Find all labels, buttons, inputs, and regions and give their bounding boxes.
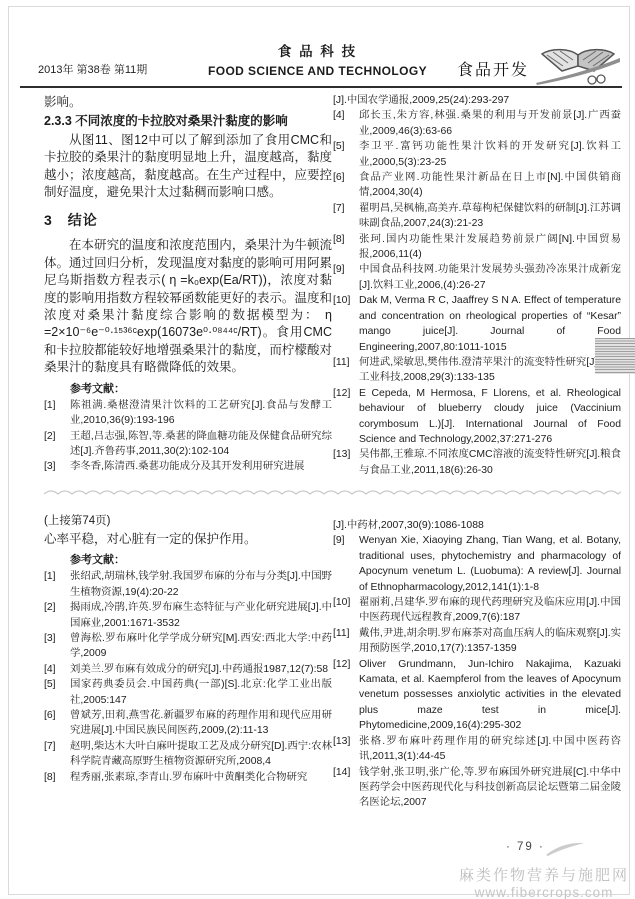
continued-from-note: (上接第74页)	[44, 512, 332, 528]
bottom-article-right-column: [J].中药材,2007,30(9):1086-1088 [9] Wenyan …	[333, 518, 621, 811]
reference-text: 刘美兰.罗布麻有效成分的研究[J].中药通报1987,12(7):58	[70, 662, 332, 677]
reference-number: [2]	[44, 429, 70, 460]
reference-number: [14]	[333, 765, 359, 811]
reference-text: 赵明,柴达木大叶白麻叶提取工艺及成分研究[D].西宁:农林科学院青藏高原野生植物…	[70, 739, 332, 770]
reference-text: 国家药典委员会.中国药典(一部)[S].北京:化学工业出版社,2005:147	[70, 677, 332, 708]
reference-number: [7]	[44, 739, 70, 770]
reference-number: [4]	[333, 108, 359, 139]
reference-text: 张绍武,胡瑞林,钱学射.我国罗布麻的分布与分类[J].中国野生植物资源,19(4…	[70, 569, 332, 600]
reference-list: [1] 陈祖满.桑椹澄清果汁饮料的工艺研究[J].食品与发酵工业,2010,36…	[44, 398, 332, 475]
reference-text: Dak M, Verma R C, Jaaffrey S N A. Effect…	[359, 293, 621, 355]
reference-number: [3]	[44, 459, 70, 474]
reference-item: [13] 张格.罗布麻叶药理作用的研究综述[J].中国中医药咨讯,2011,3(…	[333, 734, 621, 765]
reference-item: [4] 邱长玉,朱方容,林强.桑果的利用与开发前景[J].广西蚕业,2009,4…	[333, 108, 621, 139]
reference-number: [4]	[44, 662, 70, 677]
carryover-text: [J].中国农学通报,2009,25(24):293-297	[333, 93, 621, 108]
carryover-text: 影响。	[44, 94, 332, 111]
reference-item: [5] 国家药典委员会.中国药典(一部)[S].北京:化学工业出版社,2005:…	[44, 677, 332, 708]
reference-number: [8]	[44, 770, 70, 785]
reference-item: [14] 钱学射,张卫明,张广伦,等.罗布麻国外研究进展[C].中华中医药学会中…	[333, 765, 621, 811]
reference-item: [9] Wenyan Xie, Xiaoying Zhang, Tian Wan…	[333, 533, 621, 595]
reference-item: [6] 曾斌芳,田莉,燕雪花.新疆罗布麻的药理作用和现代应用研究进展[J].中国…	[44, 708, 332, 739]
reference-text: 张珂.国内功能性果汁发展趋势前景广阔[N].中国贸易报,2006,11(4)	[359, 232, 621, 263]
header-rule	[20, 86, 622, 88]
reference-number: [2]	[44, 600, 70, 631]
subsection-heading: 2.3.3 不同浓度的卡拉胶对桑果汁黏度的影响	[44, 113, 332, 130]
conclusion-heading: 3 结论	[44, 210, 332, 230]
reference-item: [8] 程秀丽,张素琼,李青山.罗布麻叶中黄酮类化合物研究	[44, 770, 332, 785]
reference-item: [13] 吴伟都,王雅琼.不同浓度CMC溶液的流变特性研究[J].粮食与食品工业…	[333, 447, 621, 478]
reference-text: 食品产业网.功能性果汁新品在日上市[N].中国供销商情,2004,30(4)	[359, 170, 621, 201]
reference-text: 张格.罗布麻叶药理作用的研究综述[J].中国中医药咨讯,2011,3(1):44…	[359, 734, 621, 765]
reference-text: 陈祖满.桑椹澄清果汁饮料的工艺研究[J].食品与发酵工业,2010,36(9):…	[70, 398, 332, 429]
reference-text: 曾斌芳,田莉,燕雪花.新疆罗布麻的药理作用和现代应用研究进展[J].中国民族民间…	[70, 708, 332, 739]
references-heading: 参考文献：	[70, 380, 332, 396]
lead-text: 心率平稳，对心脏有一定的保护作用。	[44, 531, 332, 548]
reference-number: [8]	[333, 232, 359, 263]
carryover-text: [J].中药材,2007,30(9):1086-1088	[333, 518, 621, 533]
reference-number: [6]	[44, 708, 70, 739]
reference-text: Wenyan Xie, Xiaoying Zhang, Tian Wang, e…	[359, 533, 621, 595]
reference-number: [5]	[333, 139, 359, 170]
reference-text: 中国食品科技网.功能果汁发展势头强劲冷冻果汁成新宠[J].饮料工业,2006,(…	[359, 262, 621, 293]
reference-text: 钱学射,张卫明,张广伦,等.罗布麻国外研究进展[C].中华中医药学会中医药现代化…	[359, 765, 621, 811]
reference-text: 程秀丽,张素琼,李青山.罗布麻叶中黄酮类化合物研究	[70, 770, 332, 785]
reference-text: 戴伟,尹进,胡余明.罗布麻茶对高血压病人的临床观察[J].实用预防医学,2010…	[359, 626, 621, 657]
open-book-icon	[535, 46, 621, 90]
page-edge-index-tab	[595, 338, 635, 374]
reference-text: 邱长玉,朱方容,林强.桑果的利用与开发前景[J].广西蚕业,2009,46(3)…	[359, 108, 621, 139]
reference-item: [5] 李卫平.富钙功能性果汁饮料的开发研究[J].饮料工业,2000,5(3)…	[333, 139, 621, 170]
page-number: · 79 ·	[506, 841, 545, 853]
reference-number: [1]	[44, 398, 70, 429]
bottom-article-left-column: (上接第74页) 心率平稳，对心脏有一定的保护作用。 参考文献： [1] 张绍武…	[44, 512, 332, 785]
watermark: 麻类作物营养与施肥网 www.fibercrops.com	[459, 864, 629, 899]
reference-list: [1] 张绍武,胡瑞林,钱学射.我国罗布麻的分布与分类[J].中国野生植物资源,…	[44, 569, 332, 785]
reference-item: [11] 何进武,梁敏思,樊伟伟.澄清苹果汁的流变特性研究[J].食品工业科技,…	[333, 355, 621, 386]
reference-text: E Cepeda, M Hermosa, F Llorens, et al. R…	[359, 386, 621, 448]
reference-item: [4] 刘美兰.罗布麻有效成分的研究[J].中药通报1987,12(7):58	[44, 662, 332, 677]
reference-text: 李冬香,陈清西.桑葚功能成分及其开发利用研究进展	[70, 459, 332, 474]
reference-item: [1] 陈祖满.桑椹澄清果汁饮料的工艺研究[J].食品与发酵工业,2010,36…	[44, 398, 332, 429]
reference-number: [5]	[44, 677, 70, 708]
reference-text: 曾海松.罗布麻叶化学学成分研究[M].西安:西北大学:中药学,2009	[70, 631, 332, 662]
reference-number: [1]	[44, 569, 70, 600]
reference-item: [1] 张绍武,胡瑞林,钱学射.我国罗布麻的分布与分类[J].中国野生植物资源,…	[44, 569, 332, 600]
top-article-right-column: [J].中国农学通报,2009,25(24):293-297 [4] 邱长玉,朱…	[333, 93, 621, 478]
reference-item: [9] 中国食品科技网.功能果汁发展势头强劲冷冻果汁成新宠[J].饮料工业,20…	[333, 262, 621, 293]
reference-number: [6]	[333, 170, 359, 201]
reference-number: [12]	[333, 657, 359, 734]
reference-item: [12] Oliver Grundmann, Jun-Ichiro Nakaji…	[333, 657, 621, 734]
section-banner: 食品开发	[457, 46, 621, 90]
reference-item: [8] 张珂.国内功能性果汁发展趋势前景广阔[N].中国贸易报,2006,11(…	[333, 232, 621, 263]
reference-number: [9]	[333, 533, 359, 595]
reference-number: [11]	[333, 626, 359, 657]
reference-item: [12] E Cepeda, M Hermosa, F Llorens, et …	[333, 386, 621, 448]
reference-text: Oliver Grundmann, Jun-Ichiro Nakajima, K…	[359, 657, 621, 734]
reference-number: [12]	[333, 386, 359, 448]
reference-number: [13]	[333, 734, 359, 765]
reference-text: 何进武,梁敏思,樊伟伟.澄清苹果汁的流变特性研究[J].食品工业科技,2008,…	[359, 355, 621, 386]
reference-item: [3] 李冬香,陈清西.桑葚功能成分及其开发利用研究进展	[44, 459, 332, 474]
reference-number: [7]	[333, 201, 359, 232]
reference-list: [9] Wenyan Xie, Xiaoying Zhang, Tian Wan…	[333, 533, 621, 810]
reference-number: [11]	[333, 355, 359, 386]
reference-text: 揭雨成,冷鹃,许英.罗布麻生态特征与产业化研究进展[J].中国麻业,2001:1…	[70, 600, 332, 631]
reference-item: [7] 赵明,柴达木大叶白麻叶提取工艺及成分研究[D].西宁:农林科学院青藏高原…	[44, 739, 332, 770]
reference-text: 翟明昌,吴枫楠,高美卉.草莓枸杞保健饮料的研制[J].江苏调味副食品,2007,…	[359, 201, 621, 232]
reference-number: [13]	[333, 447, 359, 478]
leaf-swoosh-icon	[545, 841, 585, 857]
reference-number: [10]	[333, 293, 359, 355]
reference-item: [6] 食品产业网.功能性果汁新品在日上市[N].中国供销商情,2004,30(…	[333, 170, 621, 201]
references-heading: 参考文献：	[70, 551, 332, 567]
reference-number: [10]	[333, 595, 359, 626]
top-article-left-column: 影响。 2.3.3 不同浓度的卡拉胶对桑果汁黏度的影响 从图11、图12中可以了…	[44, 94, 332, 475]
reference-number: [3]	[44, 631, 70, 662]
reference-item: [10] 翟丽莉,吕建华.罗布麻的现代药理研究及临床应用[J].中国中医药现代远…	[333, 595, 621, 626]
reference-item: [2] 王超,吕志强,陈智,等.桑葚的降血糖功能及保健食品研究综述[J].齐鲁药…	[44, 429, 332, 460]
reference-text: 翟丽莉,吕建华.罗布麻的现代药理研究及临床应用[J].中国中医药现代远程教育,2…	[359, 595, 621, 626]
reference-item: [7] 翟明昌,吴枫楠,高美卉.草莓枸杞保健饮料的研制[J].江苏调味副食品,2…	[333, 201, 621, 232]
reference-item: [2] 揭雨成,冷鹃,许英.罗布麻生态特征与产业化研究进展[J].中国麻业,20…	[44, 600, 332, 631]
section-label: 食品开发	[457, 57, 529, 80]
reference-number: [9]	[333, 262, 359, 293]
watermark-url: www.fibercrops.com	[459, 885, 629, 899]
wavy-divider	[44, 488, 621, 498]
paragraph-viscosity: 从图11、图12中可以了解到添加了食用CMC和卡拉胶的桑果汁的黏度明显地上升，温…	[44, 132, 332, 202]
paragraph-conclusion: 在本研究的温度和浓度范围内，桑果汁为牛顿流体。通过回归分析，发现温度对黏度的影响…	[44, 237, 332, 376]
reference-text: 吴伟都,王雅琼.不同浓度CMC溶液的流变特性研究[J].粮食与食品工业,2011…	[359, 447, 621, 478]
watermark-site-name: 麻类作物营养与施肥网	[459, 864, 629, 885]
reference-item: [11] 戴伟,尹进,胡余明.罗布麻茶对高血压病人的临床观察[J].实用预防医学…	[333, 626, 621, 657]
reference-list: [4] 邱长玉,朱方容,林强.桑果的利用与开发前景[J].广西蚕业,2009,4…	[333, 108, 621, 478]
reference-item: [10] Dak M, Verma R C, Jaaffrey S N A. E…	[333, 293, 621, 355]
reference-text: 王超,吕志强,陈智,等.桑葚的降血糖功能及保健食品研究综述[J].齐鲁药事,20…	[70, 429, 332, 460]
reference-text: 李卫平.富钙功能性果汁饮料的开发研究[J].饮料工业,2000,5(3):23-…	[359, 139, 621, 170]
reference-item: [3] 曾海松.罗布麻叶化学学成分研究[M].西安:西北大学:中药学,2009	[44, 631, 332, 662]
